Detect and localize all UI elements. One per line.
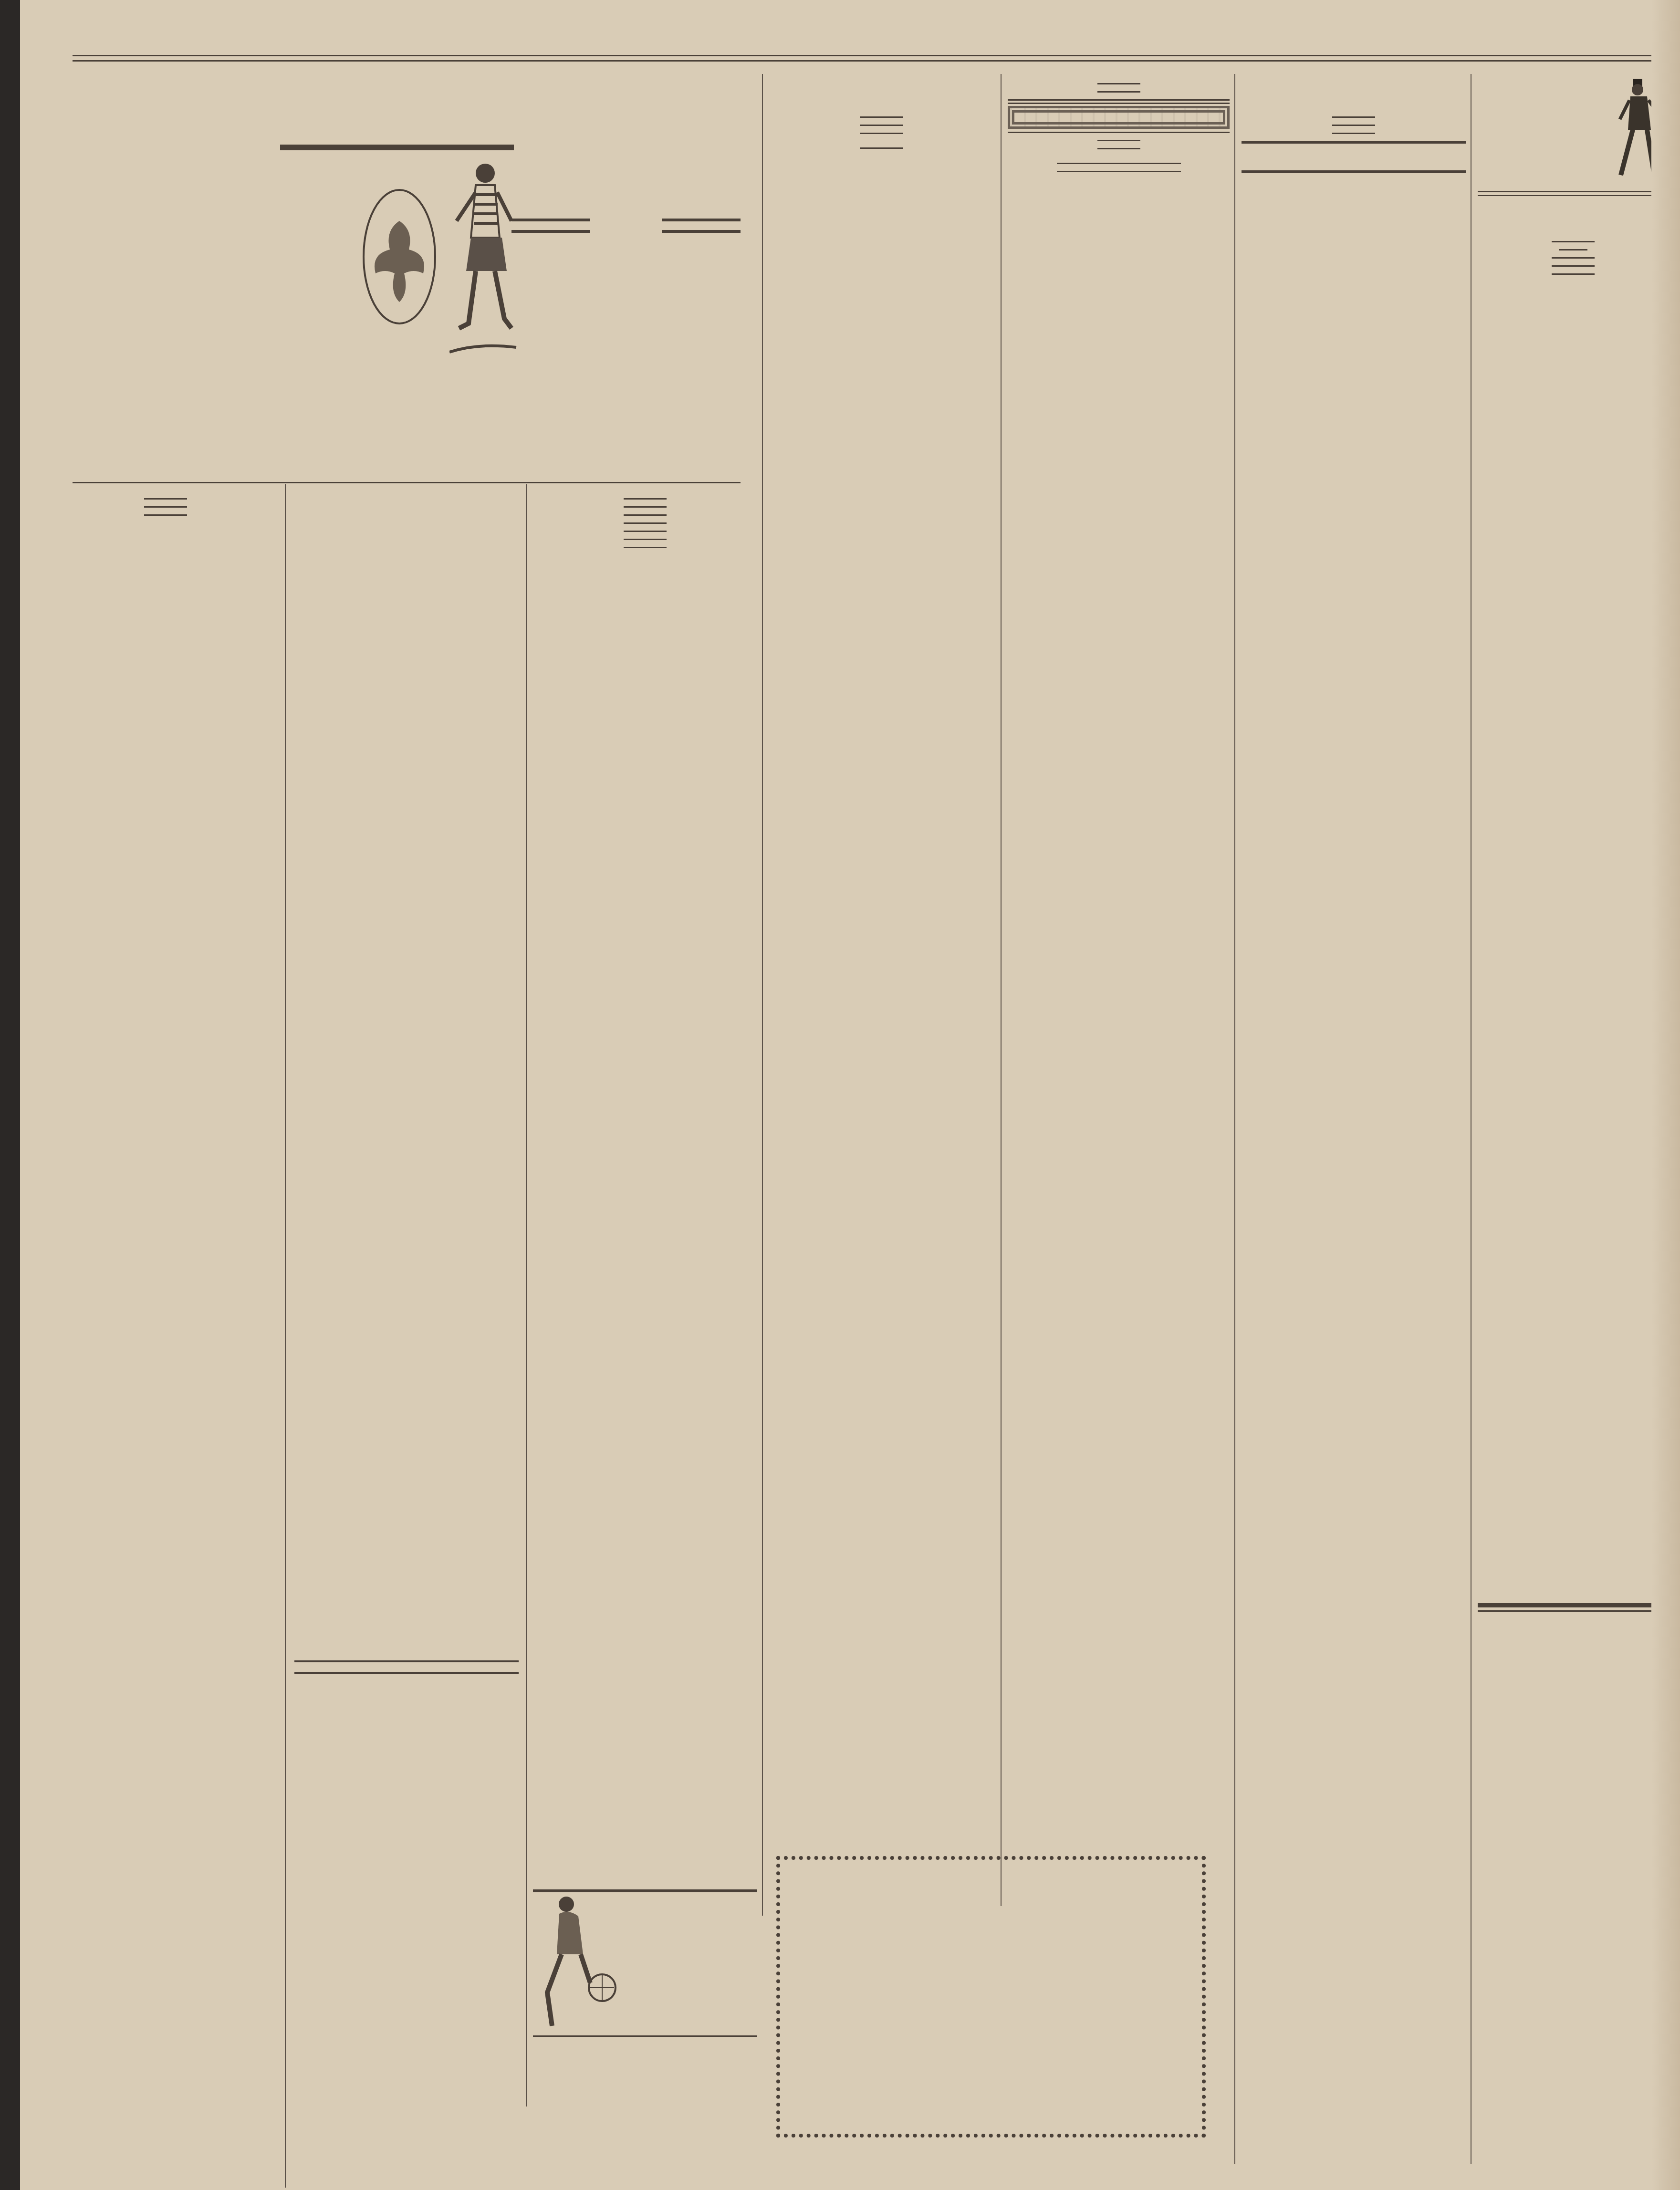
column-rule [1471, 74, 1471, 2164]
section-title [1242, 76, 1466, 110]
johnnie-walker-ad [1478, 76, 1669, 186]
column-three [533, 491, 757, 555]
section-title [769, 76, 993, 110]
thistle-title-right [511, 159, 741, 197]
column-rule [1234, 74, 1235, 2164]
striding-man-icon [1611, 76, 1669, 186]
divider [73, 482, 741, 483]
footballer-figure-icon [449, 159, 521, 359]
masthead [20, 24, 1680, 52]
over-the-border-column [53, 491, 278, 522]
column-rule [285, 484, 286, 2188]
field-and-fen-column [1242, 76, 1466, 178]
quoiting-column [769, 76, 993, 156]
section-title [1478, 201, 1669, 234]
thistle-title-left [53, 159, 359, 197]
column-rule [762, 74, 763, 1916]
waverley-cigarettes-ad [1008, 106, 1230, 129]
newspaper-page [20, 0, 1680, 2190]
mackenzie-ad [1242, 142, 1466, 172]
column-rule [526, 484, 527, 2107]
theatre-ads [1478, 1603, 1669, 1615]
column-rule [1001, 74, 1002, 1906]
stageland-column [1478, 76, 1669, 282]
ad-headline [53, 64, 741, 141]
footballer-kicking-icon [533, 1892, 619, 2035]
brand-name [799, 1936, 1183, 1998]
masthead-rule [73, 55, 1661, 62]
divider [280, 145, 514, 150]
football-offer-ad [53, 64, 741, 417]
furniture-ad [294, 1660, 519, 1679]
outfitter-ad [533, 1889, 757, 2037]
beechams-pills-ad [776, 1856, 1206, 2138]
thistle-emblem-icon [361, 188, 442, 326]
column-five [1008, 76, 1230, 179]
